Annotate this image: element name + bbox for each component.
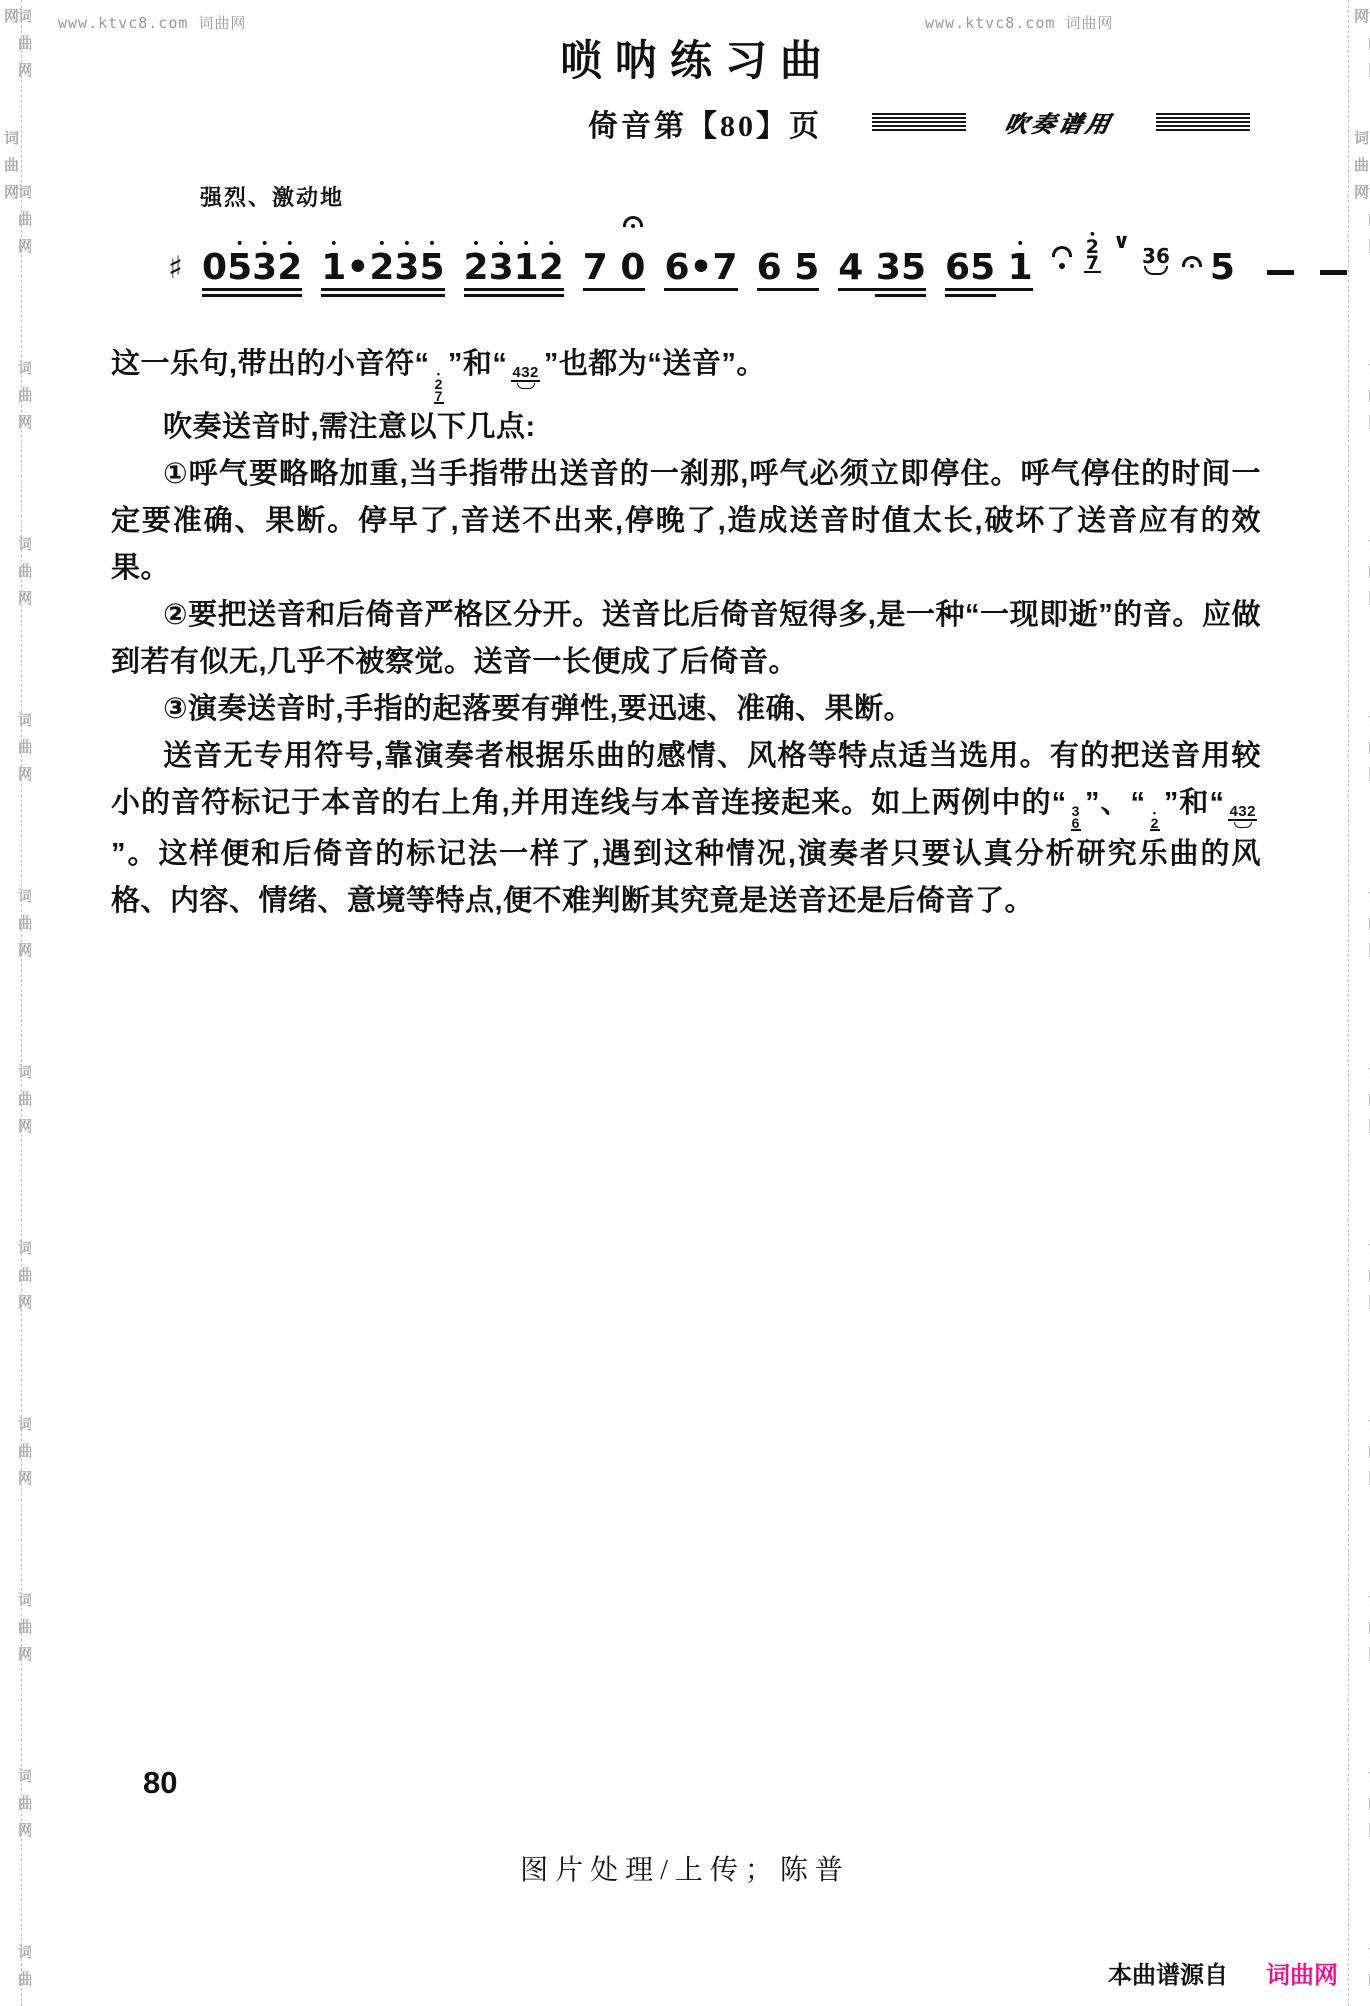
music-group: •6•5• •1 [945,238,1033,287]
fermata-icon [623,216,643,227]
left-watermark-column: 词曲网 词曲网 词曲网 词曲网 词曲网 词曲网 词曲网 词曲网 词曲网 词曲网 … [3,8,31,2000]
text-segment: ”。这样便和后倚音的标记法一样了,遇到这种情况,演奏者只要认真分析研究乐曲的风格… [111,838,1261,917]
horizontal-lines-graphic [872,113,966,133]
left-dashed-border [21,0,22,2006]
text-segment: ”也都为“送音”。 [544,348,766,380]
final-note: •5 [1210,238,1235,287]
paragraph-lead: 吹奏送音时,需注意以下几点: [111,404,1261,451]
grace-digit: 7 [1084,255,1101,273]
page-number: 80 [143,1765,177,1801]
music-group: •♯ [168,238,183,287]
dash-line [1267,270,1294,275]
grace-note-27: • 2 7 [1084,231,1101,273]
music-dashes [1254,282,1370,287]
right-watermark-column: 词曲网 词曲网 词曲网 词曲网 词曲网 词曲网 词曲网 词曲网 词曲网 词曲网 … [1353,8,1370,2000]
music-groups: •♯•0•5•3•2•1•••2•3•5•2•3•1•2•7• •0•6•••7… [168,238,1052,287]
paragraph-point-2: ②要把送音和后倚音严格区分开。送音比后倚音短得多,是一种“一现即逝”的音。应做到… [111,592,1261,686]
inline-grace-figure-432: 432 [511,366,540,389]
paragraph-intro: 这一乐句,带出的小音符“•27”和“432”也都为“送音”。 [111,341,1261,404]
text-segment: ”和“ [448,348,508,380]
horizontal-lines-graphic [1156,113,1250,133]
instruction-text: 这一乐句,带出的小音符“•27”和“432”也都为“送音”。 吹奏送音时,需注意… [111,341,1261,925]
inline-grace-figure-432: 432 [1228,805,1257,828]
dash-line [1320,270,1347,275]
grace-note-cluster: • 2 7 ∨ 36 [1052,245,1202,287]
slur-icon [1234,822,1252,828]
grace-note-36: 36 [1142,246,1170,275]
right-dashed-border [1348,0,1349,2006]
fermata-icon [1182,256,1202,267]
text-segment: ”和“ [1164,787,1225,819]
fermata-icon [1052,246,1072,257]
top-left-watermark: www.ktvc8.com 词曲网 [58,12,246,33]
music-group: •7• •0 [583,238,646,287]
text-segment: ”、“ [1085,787,1146,819]
music-notation-line: •♯•0•5•3•2•1•••2•3•5•2•3•1•2•7• •0•6•••7… [168,238,1370,287]
tempo-expression-marking: 强烈、激动地 [200,181,344,212]
music-group: •1•••2•3•5 [321,238,444,287]
paragraph-point-3: ③演奏送音时,手指的起落要有弹性,要迅速、准确、果断。 [111,686,1261,733]
paragraph-point-1: ①呼气要略略加重,当手指带出送音的一刹那,呼气必须立即停住。呼气停住的时间一定要… [111,451,1261,592]
note-digit: 5 [1210,251,1235,285]
source-site-name: 词曲网 [1266,1955,1338,1990]
page-subtitle: 倚音第【80】页 [588,101,822,145]
stamp-text: 吹奏谱用 [1001,106,1116,139]
music-group: •2•3•1•2 [464,238,564,287]
inline-grace-figure-27: •27 [434,371,444,404]
music-group: •0•5•3•2 [202,238,302,287]
music-group: •6• •5 [757,238,820,287]
text-segment: 这一乐句,带出的小音符“ [111,348,430,380]
breath-mark-icon: ∨ [1113,229,1130,253]
source-label: 本曲谱源自 [1108,1955,1228,1990]
inline-grace-figure-36: 36 [1071,805,1081,831]
inline-grace-figure-2: •2 [1150,810,1160,831]
grace-digits: 36 [1142,246,1170,266]
page-title: 唢呐练习曲 [560,28,835,88]
slur-icon [517,383,535,389]
music-group: •6•••7 [664,238,737,287]
credit-line: 图片处理/上传；陈普 [520,1848,850,1888]
slur-icon [1144,266,1168,275]
music-group: •4• •3•5 [838,238,926,287]
top-right-watermark: www.ktvc8.com 词曲网 [925,12,1113,33]
paragraph-closing: 送音无专用符号,靠演奏者根据乐曲的感情、风格等特点适当选用。有的把送音用较小的音… [111,733,1261,925]
